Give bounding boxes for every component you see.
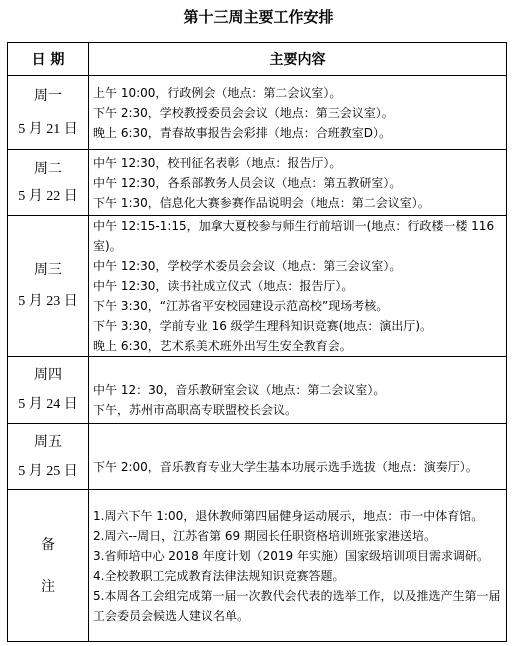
list-item: 下午，苏州市高职高专联盟校长会议。 (93, 400, 506, 420)
table-row-tuesday: 周二 5 月 22 日 中午 12:30，校刊征名表彰（地点：报告厅）。 中午 … (8, 150, 507, 216)
list-item: 下午 1:30，信息化大赛参赛作品说明会（地点：第二会议室）。 (93, 193, 506, 213)
date-cell: 周一 5 月 21 日 (8, 76, 89, 150)
table-row-monday: 周一 5 月 21 日 上午 10:00，行政例会（地点：第二会议室）。 下午 … (8, 76, 507, 150)
list-item: 晚上 6:30，青春故事报告会彩排（地点：合班教室D）。 (93, 123, 506, 143)
table-row-friday: 周五 5 月 25 日 下午 2:00，音乐教育专业大学生基本功展示选手选拔（地… (8, 424, 507, 490)
list-item: 中午 12:30，读书社成立仪式（地点：报告厅）。 (93, 276, 506, 296)
notes-label-top: 备 (8, 535, 88, 555)
list-item: 中午 12：30，音乐教研室会议（地点：第二会议室）。 (93, 380, 506, 400)
list-item: 中午 12:15-1:15，加拿大夏校参与师生行前培训一(地点：行政楼一楼 11… (93, 216, 506, 256)
date-cell: 周三 5 月 23 日 (8, 216, 89, 357)
weekday-label: 周四 (8, 365, 88, 385)
page-title: 第十三周主要工作安排 (0, 8, 517, 26)
date-cell: 周二 5 月 22 日 (8, 150, 89, 216)
list-item: 下午 2:00，音乐教育专业大学生基本功展示选手选拔（地点：演奏厅）。 (93, 457, 506, 477)
date-label: 5 月 22 日 (8, 187, 88, 207)
notes-label-bottom: 注 (8, 577, 88, 597)
note-item: 1.周六下午 1:00，退休教师第四届健身运动展示，地点：市一中体育馆。 (93, 506, 506, 526)
table-row-notes: 备 注 1.周六下午 1:00，退休教师第四届健身运动展示，地点：市一中体育馆。… (8, 490, 507, 642)
notes-content-cell: 1.周六下午 1:00，退休教师第四届健身运动展示，地点：市一中体育馆。 2.周… (89, 490, 507, 642)
schedule-table: 日 期 主要内容 周一 5 月 21 日 上午 10:00，行政例会（地点：第二… (7, 42, 507, 642)
header-date: 日 期 (8, 43, 89, 76)
note-item: 4.全校教职工完成教育法律法规知识竞赛答题。 (93, 566, 506, 586)
content-cell: 下午 2:00，音乐教育专业大学生基本功展示选手选拔（地点：演奏厅）。 (89, 424, 507, 490)
weekday-label: 周一 (8, 86, 88, 106)
list-item: 中午 12:30，各系部教务人员会议（地点：第五教研室）。 (93, 173, 506, 193)
weekday-label: 周三 (8, 260, 88, 280)
table-row-wednesday: 周三 5 月 23 日 中午 12:15-1:15，加拿大夏校参与师生行前培训一… (8, 216, 507, 357)
note-item: 5.本周各工会组完成第一届一次教代会代表的选举工作，以及推选产生第一届工会委员会… (93, 586, 506, 626)
list-item: 下午 3:30，“江苏省平安校园建设示范高校”现场考核。 (93, 296, 506, 316)
table-row-thursday: 周四 5 月 24 日 中午 12：30，音乐教研室会议（地点：第二会议室）。 … (8, 357, 507, 424)
content-cell: 中午 12:15-1:15，加拿大夏校参与师生行前培训一(地点：行政楼一楼 11… (89, 216, 507, 357)
date-label: 5 月 23 日 (8, 292, 88, 312)
list-item: 下午 3:30，学前专业 16 级学生理科知识竞赛(地点：演出厅)。 (93, 316, 506, 336)
content-cell: 上午 10:00，行政例会（地点：第二会议室）。 下午 2:30，学校教授委员会… (89, 76, 507, 150)
notes-label-cell: 备 注 (8, 490, 89, 642)
date-cell: 周四 5 月 24 日 (8, 357, 89, 424)
date-label: 5 月 24 日 (8, 395, 88, 415)
content-cell: 中午 12：30，音乐教研室会议（地点：第二会议室）。 下午，苏州市高职高专联盟… (89, 357, 507, 424)
content-cell: 中午 12:30，校刊征名表彰（地点：报告厅）。 中午 12:30，各系部教务人… (89, 150, 507, 216)
header-row: 日 期 主要内容 (8, 43, 507, 76)
date-label: 5 月 21 日 (8, 120, 88, 140)
note-item: 3.省师培中心 2018 年度计划（2019 年实施）国家级培训项目需求调研。 (93, 546, 506, 566)
weekday-label: 周五 (8, 432, 88, 452)
list-item: 上午 10:00，行政例会（地点：第二会议室）。 (93, 83, 506, 103)
date-cell: 周五 5 月 25 日 (8, 424, 89, 490)
list-item: 中午 12:30，学校学术委员会会议（地点：第三会议室）。 (93, 256, 506, 276)
header-content: 主要内容 (89, 43, 507, 76)
list-item: 晚上 6:30，艺术系美术班外出写生安全教育会。 (93, 336, 506, 356)
weekday-label: 周二 (8, 159, 88, 179)
list-item: 中午 12:30，校刊征名表彰（地点：报告厅）。 (93, 153, 506, 173)
date-label: 5 月 25 日 (8, 462, 88, 482)
note-item: 2.周六--周日，江苏省第 69 期园长任职资格培训班张家港送培。 (93, 526, 506, 546)
list-item: 下午 2:30，学校教授委员会会议（地点：第三会议室）。 (93, 103, 506, 123)
